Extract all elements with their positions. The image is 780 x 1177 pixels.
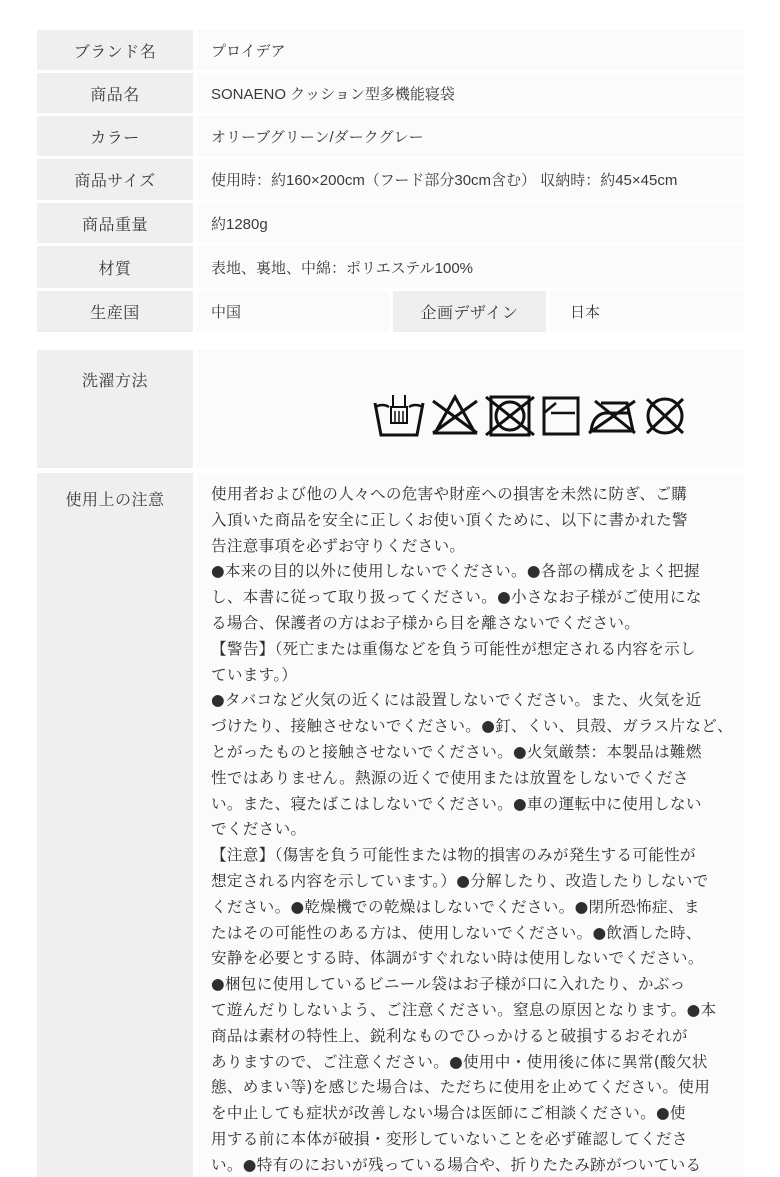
- spec-row-weight: 商品重量 約1280g: [37, 203, 744, 243]
- spec-row-origin: 生産国 中国 企画デザイン 日本: [37, 291, 744, 332]
- note-line: ●梱包に使用しているビニール袋はお子様が口に入れたり、かぶっ: [211, 972, 734, 998]
- spec-value: 使用時：約160×200cm（フード部分30cm含む） 収納時：約45×45cm: [197, 159, 744, 200]
- usage-notes-row: 使用上の注意 使用者および他の人々への危害や財産への損害を未然に防ぎ、ご購 入頂…: [37, 473, 744, 1177]
- note-line: 使用者および他の人々への危害や財産への損害を未然に防ぎ、ご購: [211, 482, 734, 508]
- note-line: とがったものと接触させないでください。●火気厳禁：本製品は難燃: [211, 740, 734, 766]
- note-line: でください。: [211, 817, 734, 843]
- washing-icons-cell: [197, 350, 744, 468]
- note-line: 入頂いた商品を安全に正しくお使い頂くために、以下に書かれた警: [211, 508, 734, 534]
- no-bleach-icon: [431, 393, 479, 439]
- note-line: たはその可能性のある方は、使用しないでください。●飲酒した時、: [211, 921, 734, 947]
- spec-value-design: 日本: [550, 291, 744, 332]
- note-line: を中止しても症状が改善しない場合は医師にご相談ください。●使: [211, 1101, 734, 1127]
- note-line: て遊んだりしないよう、ご注意ください。窒息の原因となります。●本: [211, 998, 734, 1024]
- washing-row: 洗濯方法: [37, 350, 744, 468]
- spec-value: SONAENO クッション型多機能寝袋: [197, 73, 744, 113]
- spec-label: 商品名: [37, 73, 193, 113]
- spec-label-design: 企画デザイン: [393, 291, 546, 332]
- note-line: 態、めまい等)を感じた場合は、ただちに使用を止めてください。使用: [211, 1075, 734, 1101]
- usage-notes-text: 使用者および他の人々への危害や財産への損害を未然に防ぎ、ご購 入頂いた商品を安全…: [197, 473, 744, 1177]
- product-spec-table: ブランド名 プロイデア 商品名 SONAENO クッション型多機能寝袋 カラー …: [37, 30, 744, 335]
- spec-value: 中国: [197, 291, 389, 332]
- spec-value: 表地、裏地、中綿：ポリエステル100%: [197, 246, 744, 288]
- note-line: い。また、寝たばこはしないでください。●車の運転中に使用しない: [211, 792, 734, 818]
- spec-value: 約1280g: [197, 203, 744, 243]
- note-line: し、本書に従って取り扱ってください。●小さなお子様がご使用にな: [211, 585, 734, 611]
- note-line: る場合、保護者の方はお子様から目を離さないでください。: [211, 611, 734, 637]
- spec-row-material: 材質 表地、裏地、中綿：ポリエステル100%: [37, 246, 744, 288]
- note-line: 【警告】（死亡または重傷などを負う可能性が想定される内容を示し: [211, 637, 734, 663]
- no-tumble-dry-icon: [485, 393, 535, 439]
- note-line: 想定される内容を示しています。）●分解したり、改造したりしないで: [211, 869, 734, 895]
- spec-value: オリーブグリーン/ダークグレー: [197, 116, 744, 156]
- spec-label: カラー: [37, 116, 193, 156]
- note-line: 【注意】（傷害を負う可能性または物的損害のみが発生する可能性が: [211, 843, 734, 869]
- note-line: ありますので、ご注意ください。●使用中・使用後に体に異常(酸欠状: [211, 1050, 734, 1076]
- note-line: ください。●乾燥機での乾燥はしないでください。●閉所恐怖症、ま: [211, 895, 734, 921]
- note-line: い。●特有のにおいが残っている場合や、折りたたみ跡がついている: [211, 1153, 734, 1177]
- spec-row-size: 商品サイズ 使用時：約160×200cm（フード部分30cm含む） 収納時：約4…: [37, 159, 744, 200]
- note-line: 性ではありません。熱源の近くで使用または放置をしないでくださ: [211, 766, 734, 792]
- spec-row-product-name: 商品名 SONAENO クッション型多機能寝袋: [37, 73, 744, 113]
- note-line: 商品は素材の特性上、鋭利なものでひっかけると破損するおそれが: [211, 1024, 734, 1050]
- note-line: 告注意事項を必ずお守りください。: [211, 534, 734, 560]
- note-line: 安静を必要とする時、体調がすぐれない時は使用しないでください。: [211, 946, 734, 972]
- spec-label: 材質: [37, 246, 193, 288]
- note-line: ています。）: [211, 663, 734, 689]
- spec-row-brand: ブランド名 プロイデア: [37, 30, 744, 70]
- note-line: 用する前に本体が破損・変形していないことを必ず確認してくださ: [211, 1127, 734, 1153]
- line-dry-shade-icon: [541, 393, 581, 439]
- no-iron-icon: [587, 393, 637, 439]
- hand-wash-icon: [373, 393, 425, 439]
- note-line: ●タバコなど火気の近くには設置しないでください。また、火気を近: [211, 688, 734, 714]
- no-dry-clean-icon: [643, 393, 687, 439]
- note-line: ●本来の目的以外に使用しないでください。●各部の構成をよく把握: [211, 559, 734, 585]
- care-symbols: [373, 393, 687, 439]
- spec-value: プロイデア: [197, 30, 744, 70]
- spec-label: 生産国: [37, 291, 193, 332]
- usage-notes-label: 使用上の注意: [37, 473, 193, 1177]
- note-line: づけたり、接触させないでください。●釘、くい、貝殻、ガラス片など、: [211, 714, 734, 740]
- washing-label: 洗濯方法: [37, 350, 193, 468]
- spec-label: 商品重量: [37, 203, 193, 243]
- spec-label: 商品サイズ: [37, 159, 193, 200]
- spec-row-color: カラー オリーブグリーン/ダークグレー: [37, 116, 744, 156]
- spec-label: ブランド名: [37, 30, 193, 70]
